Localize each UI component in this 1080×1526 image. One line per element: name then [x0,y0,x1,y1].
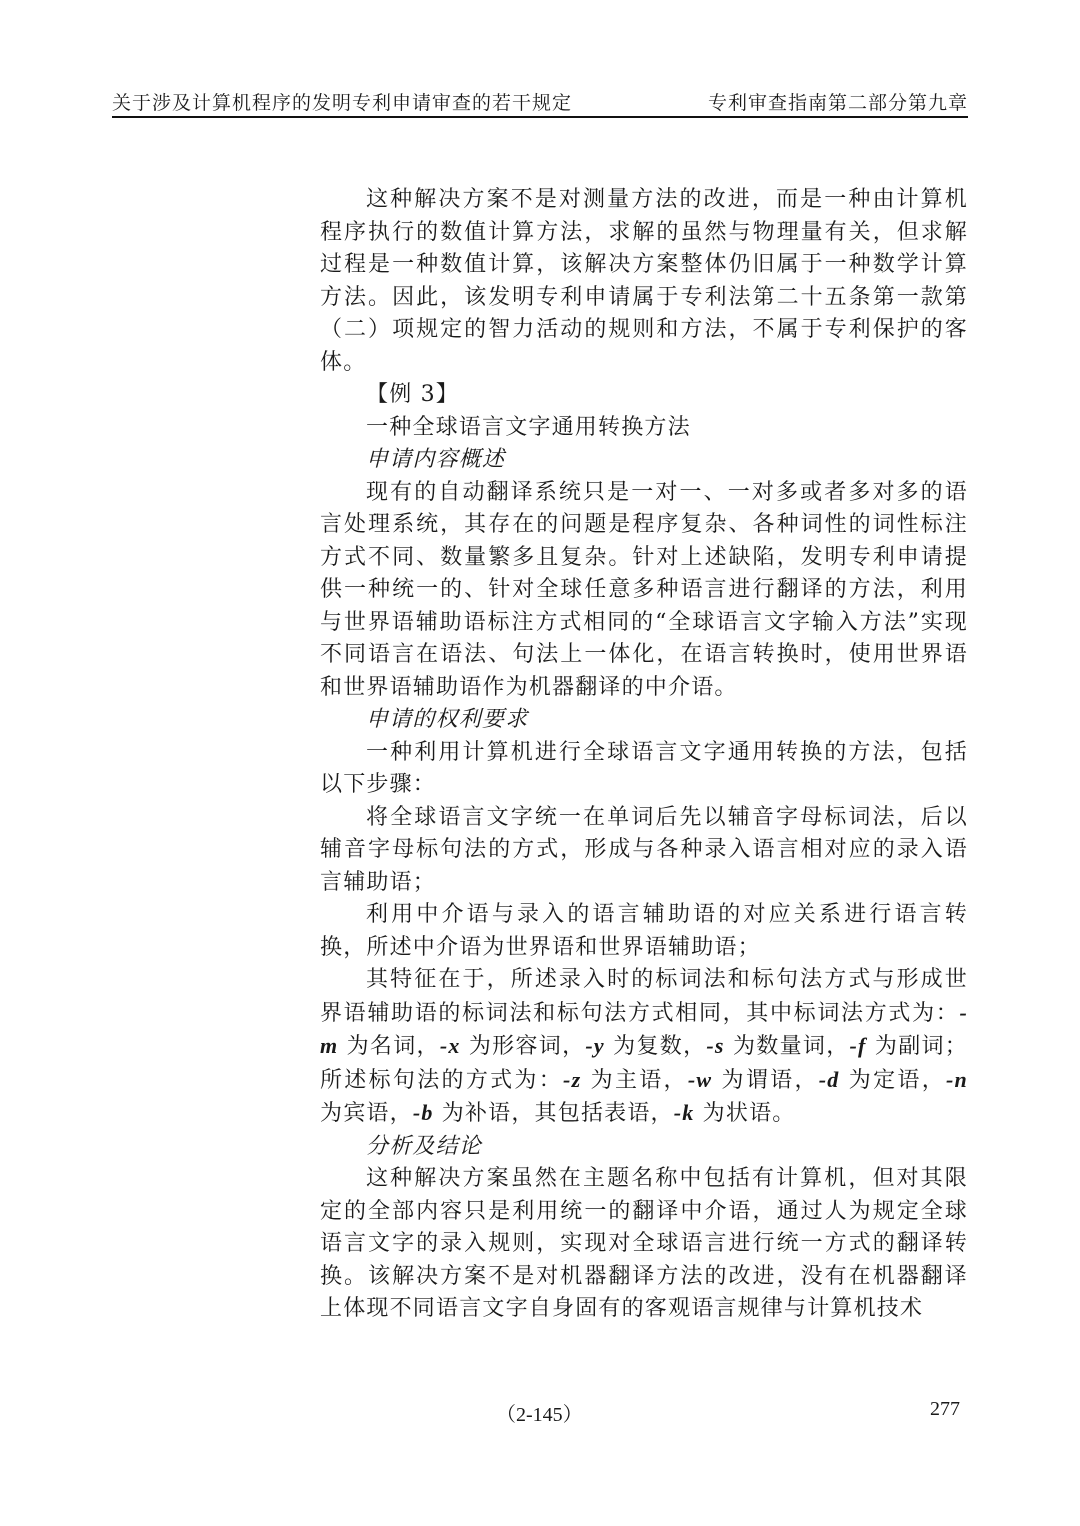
running-header: 关于涉及计算机程序的发明专利申请审查的若干规定 专利审查指南第二部分第九章 [112,86,968,118]
paragraph-analysis: 这种解决方案虽然在主题名称中包括有计算机，但对其限定的全部内容只是利用统一的翻译… [320,1163,968,1326]
header-chapter-title: 专利审查指南第二部分第九章 [708,88,968,115]
marker-x: -x [440,1033,461,1058]
heading-claims: 申请的权利要求 [320,704,968,737]
marker-z: -z [563,1067,581,1092]
paragraph-summary: 现有的自动翻译系统只是一对一、一对多或者多对多的语言处理系统，其存在的问题是程序… [320,477,968,705]
marker-d-desc: 为定语， [840,1068,947,1093]
marker-n: -n [946,1067,968,1092]
paragraph-claims-3: 利用中介语与录入的语言辅助语的对应关系进行语言转换，所述中介语为世界语和世界语辅… [320,899,968,964]
marker-k-desc: 为状语。 [694,1101,795,1126]
marker-s: -s [706,1033,724,1058]
marker-d: -d [819,1067,840,1092]
marker-k: -k [674,1100,695,1125]
header-document-title: 关于涉及计算机程序的发明专利申请审查的若干规定 [112,88,572,115]
paragraph-claims-2: 将全球语言文字统一在单词后先以辅音字母标词法，后以辅音字母标句法的方式，形成与各… [320,802,968,900]
paragraph-claims-1: 一种利用计算机进行全球语言文字通用转换的方法，包括以下步骤： [320,737,968,802]
paragraph-claims-4: 其特征在于，所述录入时的标词法和标句法方式与形成世界语辅助语的标词法和标句法方式… [320,964,968,1131]
marker-b: -b [413,1100,434,1125]
marker-m-desc: 为名词， [338,1034,440,1059]
marker-z-desc: 为主语， [581,1068,688,1093]
claims-4-text: 其特征在于，所述录入时的标词法和标句法方式与形成世界语辅助语的标词法和标句法方式… [320,967,968,1026]
marker-n-desc: 为宾语， [320,1101,413,1126]
heading-analysis: 分析及结论 [320,1131,968,1164]
example-label: 【例 3】 [320,379,968,412]
marker-y: -y [585,1033,605,1058]
footer-section-number: （2-145） [496,1398,583,1427]
page-body: 这种解决方案不是对测量方法的改进，而是一种由计算机程序执行的数值计算方法，求解的… [320,184,968,1326]
marker-x-desc: 为形容词， [461,1034,586,1059]
paragraph-conclusion-prev: 这种解决方案不是对测量方法的改进，而是一种由计算机程序执行的数值计算方法，求解的… [320,184,968,379]
example-title: 一种全球语言文字通用转换方法 [320,412,968,445]
marker-w-desc: 为谓语， [712,1068,819,1093]
marker-s-desc: 为数量词， [725,1034,850,1059]
marker-b-desc: 为补语，其包括表语， [434,1101,674,1126]
marker-y-desc: 为复数， [605,1034,707,1059]
marker-f: -f [850,1033,867,1058]
marker-w: -w [688,1067,712,1092]
footer-page-number: 277 [930,1398,960,1421]
heading-summary: 申请内容概述 [320,444,968,477]
